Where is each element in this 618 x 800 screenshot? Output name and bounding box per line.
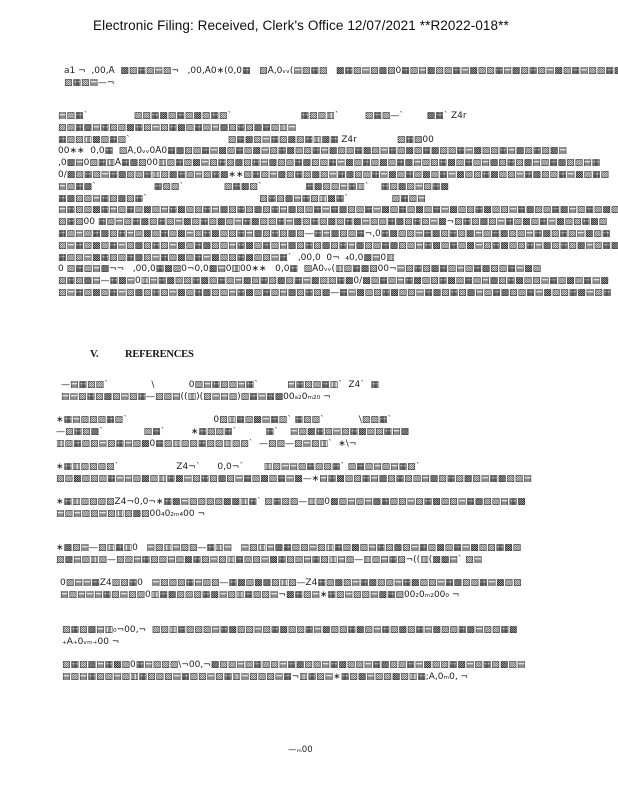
reference-entry: ∗▦▥▨▧▧▨ˋ Z4¬ˋ 0‚0¬ˋ ▥▨▤▤▨▦▧▨▦ˋ ▨▦▧▤▨▤▦▨ˋ…	[56, 462, 618, 486]
body-paragraph: ▤▨▦ˋ ▧▨▦▩▧▦▨▩▧▦▨ˋ ▦▨▧▥ˋ ▨▦▧—ˋ ▩▦ˋ Z4r▨▧▦…	[58, 111, 618, 300]
text-line: —▤▦▨▧ˋ \ 0▨▤▦▨▧▤▦ˋ ▤▦▨▧▦▥ˋ Z4ˋ ▦	[61, 380, 618, 392]
text-line: ▤▨▤▤▤▦▧▤▨▨0▥▦▩▨▨▧▦▩▤▨▥▦▨▧▤¬▩▦▨▤∗▦▨▤▨▧▤▩▦…	[60, 590, 618, 602]
text-line: ▥▨▦▧▨▤▨▦▤▧▩0▦▨▥▧▨▦▧▨▥▧▨ˋ —▨▧—▨▤▨▥ˋ ∗\¬	[56, 439, 618, 451]
text-line: 00∗∗ 0‚0▦ ▨Å‚0ᵥᵥ0Å0▦▩▨▧▦▤▩▨▦▧▩▤▨▦▩▧▨▦▤▩▨…	[58, 146, 618, 158]
section-number: V.	[90, 349, 125, 360]
text-line: 0▨▤▤▦Z4▨▧▦0 ▤▨▧▧▦▤▨▨—▦▩▨▩▩▨▥▧—Z4▦▧▩▨▤▦▩▧…	[60, 578, 618, 590]
text-line: ▤▤▨▦▧▩▨▤▧▦—▨▧▤((▥)(▨▤▤▧)▨▦▤▦▩00ₐ₂0ₘ₂₀ ¬	[61, 392, 618, 404]
efiling-banner: Electronic Filing: Received, Clerk's Off…	[93, 18, 509, 33]
text-line: ▤▨▤▦▨▧▤▨▥▦▨▧▨▤▦▨▧▤▨▦▥▤▨▧▨▤▦¬▥▦▨▤∗▦▨▩▤▨▧▩…	[62, 672, 618, 684]
text-line: ▨▤▦▧▩▨▦▤▧▩▨▦▧▤▩▨▦▩▧▨▤▦▩▨▦▧▤▩▨▦▧▩—▦▤▩▧▨▦▩…	[58, 288, 618, 300]
text-line: a1 ¬ ‚00‚Å ▩▨▦▧▤▨¬ ‚00‚Å0∗(0‚0▦ ▨Å‚0ᵥᵥ(▤…	[64, 66, 618, 78]
section-title: REFERENCES	[125, 349, 194, 360]
text-line: —▨▦▧▩ˋ ▨▦ˋ ∗▦▧▨▦ˋ ▦ˋ ▤▨▩▦▧▤▨▦▩▧▨▦▤▩	[56, 427, 618, 439]
text-line: 0 ▨▦▧▤▩¬¬ ‚00‚0▦▩▨0¬0‚0▩▤0▥00∗∗ 0‚0▦ ▨Å0…	[58, 264, 618, 276]
text-line: ∗▦▤▨▧▨▦▧ˋ 0▨▥▦▧▩▤▦▨ˋ ▦▨▧ˋ \▧▨▦ˋ	[56, 415, 618, 427]
reference-entry: ▨▦▧▩▤▦▩▨0▦▤▨▧▨\¬00‚¬▩▨▧▤▨▦▧▨▤▦▩▧▨▤▦▩▨▧▤▦…	[62, 660, 618, 684]
text-line: ▤▨▤▧▨▤▨▥▨▩▨00₄0₂ₘ₄00 ¬	[56, 509, 618, 521]
text-line: ∗▦▥▨▧▧▨Z4¬0‚0¬∗▦▩▤▨▧▧▨▩▩▥▦ˋ ▨▦▧▨—▥▧0▩▨▤▨…	[56, 497, 618, 509]
reference-entry: —▤▦▨▧ˋ \ 0▨▤▦▨▧▤▦ˋ ▤▦▨▧▦▥ˋ Z4ˋ ▦▤▤▨▦▧▩▨▤…	[61, 380, 618, 404]
text-line: ▦▩▨▧▤▦▨▩▧▦ˋ ▨▦▧▩▤▦▨▥▩▦ˋ ▨▦▧▤	[58, 194, 618, 206]
text-line: ▨▦▧00 ▦▨▤▧▦▩▨▦▧▤▩▨▦▧▩▨▤▦▩▧▨▦▤▩▨▦▧▩▨▦▩▤▧▨…	[58, 217, 618, 229]
text-line: ▨▦▧▩▤▦▩▨0▦▤▨▧▨\¬00‚¬▩▨▧▤▨▦▧▨▤▦▩▧▨▤▦▩▨▧▤▦…	[62, 660, 618, 672]
text-line: ▤▨▦ˋ ▧▨▦▩▧▦▨▩▧▦▨ˋ ▦▨▧▥ˋ ▨▦▧—ˋ ▩▦ˋ Z4r	[58, 111, 618, 123]
text-line: ▨▦▧▩▤—▦▩▤0▥▤▦▩▨▧▦▩▨▦▧▤▩▨▦▧▩▨▦▤▩▧▨▦▩0/▩▨▦…	[58, 276, 618, 288]
page-number: —ₘ00	[288, 745, 313, 755]
reference-entry: ∗▦▤▨▧▨▦▧ˋ 0▨▥▦▧▩▤▦▨ˋ ▦▨▧ˋ \▧▨▦ˋ—▨▦▧▩ˋ ▨▦…	[56, 415, 618, 450]
text-line: ▨▦▧▤—¬	[64, 78, 618, 90]
reference-entry: ▨▦▧▩▤▥₀¬00‚¬ ▧▨▥▦▨▧▨▤▦▩▨▧▤▨▦▩▧▨▦▤▩▨▧▦▩▨▤…	[62, 625, 618, 649]
text-line: ‚0▩▤0▨▦▥Å▦▩▨00▥▨▦▧▩▤▨▦▧▩▨▦▤▩▧▨▦▩▨▧▦▤▩▨▦▧…	[58, 158, 618, 170]
references-heading: V. REFERENCES	[90, 349, 194, 360]
text-line: ▨▤▦▧▩▨▦▤▧▩▨▦▧▤▩▨▦▩▧▨▤▦▩▨▦▧▤▩▨▦▧▩▨▦▤▩▧▨▦▩…	[58, 241, 618, 253]
reference-entry: ∗▦▥▨▧▧▨Z4¬0‚0¬∗▦▩▤▨▧▧▨▩▩▥▦ˋ ▨▦▧▨—▥▧0▩▨▤▨…	[56, 497, 618, 521]
text-line: ▧▨▩▨▧▨▦▤▤▨▩▨▥▦▩▤▨▦▧▩▨▤▦▧▩▨▦▤▩—∗▤▦▩▨▧▦▤▩▨…	[56, 474, 618, 486]
text-line: ▨▧▦▩▤▦▨▧▩▦▨▤▧▦▩▨▦▧▤▩▨▦▧▩▦▨▥▤	[58, 123, 618, 135]
text-line: ₊A₊0ᵥₘ₊00 ¬	[62, 637, 618, 649]
document-page: Electronic Filing: Received, Clerk's Off…	[0, 0, 618, 800]
intro-paragraph: a1 ¬ ‚00‚Å ▩▨▦▧▤▨¬ ‚00‚Å0∗(0‚0▦ ▨Å‚0ᵥᵥ(▤…	[64, 66, 618, 90]
text-line: ▦▨▧▤▩▦▨▧▦▩▨▤▦▧▩▨▦▤▩▧▨▦▩▨▧▤▦ˋ ‚00‚0 0¬ ₄0…	[58, 253, 618, 265]
text-line: ∗▦▥▨▧▧▨ˋ Z4¬ˋ 0‚0¬ˋ ▥▨▤▤▨▦▧▨▦ˋ ▨▦▧▤▨▤▦▨ˋ	[56, 462, 618, 474]
text-line: ▨▩▤▨▥▨—▨▧▤▦▨▧▤▨▩▦▧▤▨▥▦▧▨▤▩▦▨▧▤▦▨▥▤▨—▥▨▤▦…	[56, 555, 618, 567]
text-line: ∗▩▨▤—▨▥▦▥0 ▤▨▥▤▨▧—▦▥▤ ▤▨▥▤▩▦▨▧▤▨▥▦▧▩▨▤▦▧…	[56, 543, 618, 555]
reference-entry: ∗▩▨▤—▨▥▦▥0 ▤▨▥▤▨▧—▦▥▤ ▤▨▥▤▩▦▨▧▤▨▥▦▧▩▨▤▦▧…	[56, 543, 618, 567]
reference-entry: 0▨▤▤▦Z4▨▧▦0 ▤▨▧▧▦▤▨▨—▦▩▨▩▩▨▥▧—Z4▦▧▩▨▤▦▩▧…	[60, 578, 618, 602]
text-line: ▦▨▧▥▩▨▦▧ˋ ▨▦▩▧▤▦▨▩▧▦▥▩▦ Z4r ▨▦▧00	[58, 135, 618, 147]
text-line: ▨▦▧▩▤▥₀¬00‚¬ ▧▨▥▦▨▧▨▤▦▩▨▧▤▨▦▩▧▨▦▤▩▨▧▦▩▨▤…	[62, 625, 618, 637]
text-line: 0/▩▨▦▧▤▦▩▨▧▦▥▨▩▦▧▤▨▦▩∗∗▨▦▧▤▩▨▦▧▩▨▤▦▩▧▨▦▤…	[58, 170, 618, 182]
text-line: ▤▦▨▧▩▦▤▨▦▧▩▨▤▦▩▧▨▦▤▩▨▦▧▩▨▦▤▩▧▨▦▤▦▩▨▧▦▤▩▨…	[58, 205, 618, 217]
text-line: ▦▨▤▧▦▩▨▦▤▧▩▨▦▧▩▤▨▦▩▧▨▦▤▩▨▦▧▩▨—▦▤▩▧▨▦¬‚0▦…	[58, 229, 618, 241]
text-line: ▤▨▦▩ˋ ▦▨▧ˋ ▨▦▩▧ˋ ▦▩▨▧▤▦▥ˋ ▦▨▩▧▤▨▦▩	[58, 182, 618, 194]
